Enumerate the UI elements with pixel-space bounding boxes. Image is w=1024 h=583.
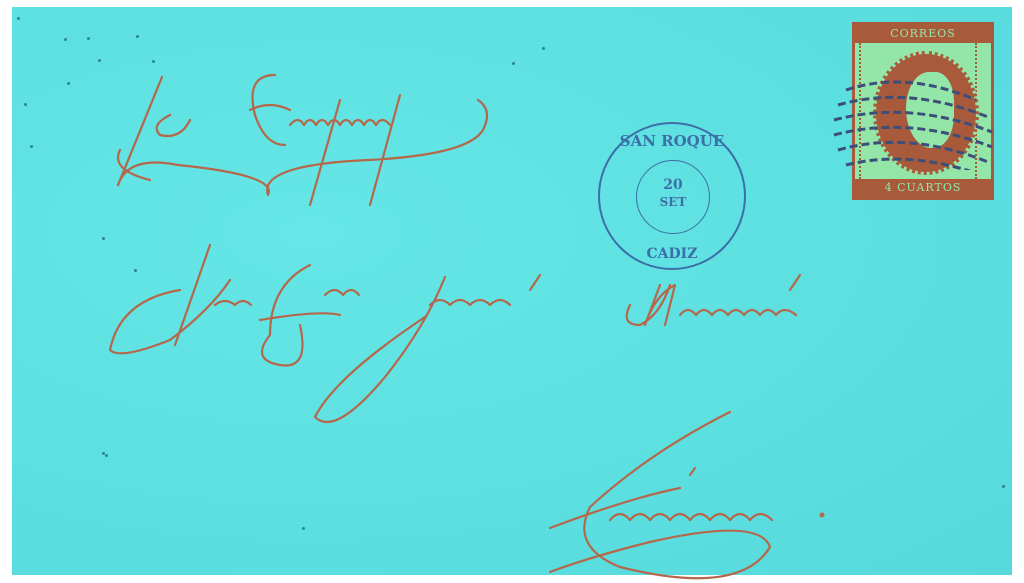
- cancellation-mark: [826, 70, 996, 170]
- handwriting-text: Sr. Estafeta: [100, 55, 106, 56]
- speck: [105, 454, 108, 457]
- stamp-top-label: CORREOS: [855, 25, 991, 43]
- postmark-day: 20: [637, 177, 709, 193]
- speck: [136, 35, 139, 38]
- postmark-date-ring: 20 SET: [636, 160, 710, 234]
- speck: [64, 38, 67, 41]
- postmark-town: SAN ROQUE: [600, 132, 744, 150]
- speck: [24, 103, 27, 106]
- handwriting-line-1: Sr. Estafeta: [100, 55, 500, 219]
- speck: [87, 37, 90, 40]
- speck: [512, 62, 515, 65]
- handwriting-text: Sor D.n José Matía: [100, 235, 110, 236]
- speck: [542, 47, 545, 50]
- speck: [67, 82, 70, 85]
- stamp-value-label: 4 CUARTOS: [855, 179, 991, 197]
- handwriting-text: Cádiz.: [540, 400, 543, 401]
- speck: [30, 145, 33, 148]
- postmark-month: SET: [637, 195, 709, 209]
- speck: [302, 527, 305, 530]
- speck: [1002, 485, 1005, 488]
- speck: [17, 17, 20, 20]
- handwriting-line-3: Cádiz.: [540, 400, 860, 583]
